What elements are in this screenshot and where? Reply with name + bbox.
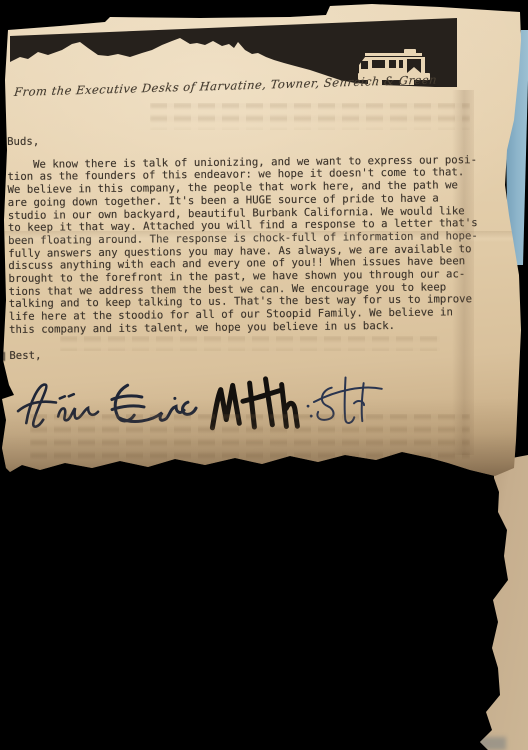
paper-scrap-shadow xyxy=(464,737,506,750)
edge-ink-mark xyxy=(0,352,5,361)
underlying-paper-scrap xyxy=(460,450,528,750)
bleed-through-smudge xyxy=(60,336,440,351)
salutation: Buds, xyxy=(7,131,519,149)
typed-letter-text: Buds, We know there is talk of unionizin… xyxy=(7,131,521,363)
letter-photo: From the Executive Desks of Harvatine, T… xyxy=(0,0,528,750)
letter-paper: From the Executive Desks of Harvatine, T… xyxy=(0,0,528,480)
bottom-curl-shadow xyxy=(0,398,528,478)
letter-body: We know there is talk of unionizing, and… xyxy=(7,153,521,336)
horizontal-fold-crease xyxy=(0,231,520,242)
bleed-through-smudge xyxy=(150,103,470,130)
